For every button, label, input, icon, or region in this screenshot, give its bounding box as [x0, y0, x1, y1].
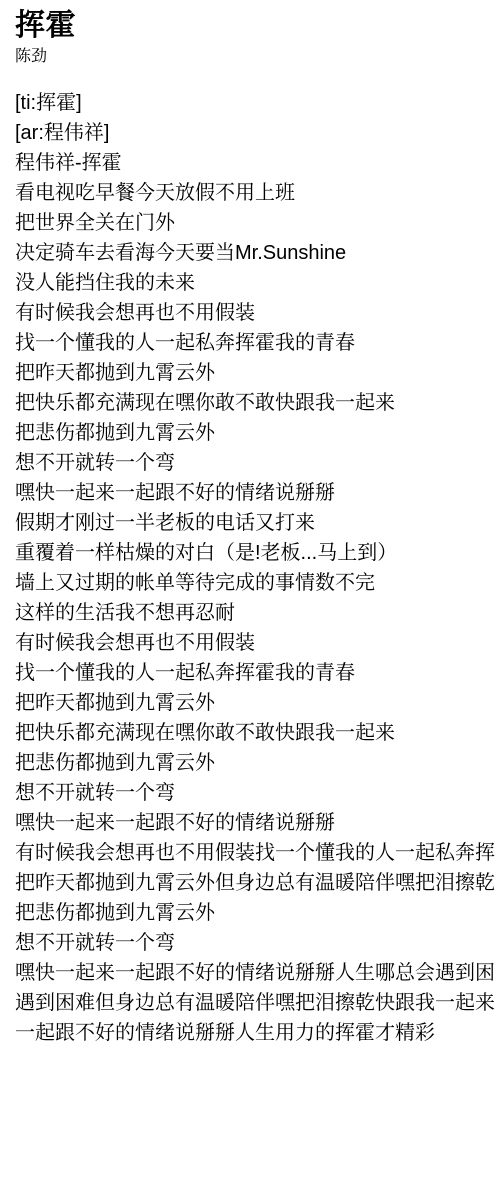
lyric-line: 找一个懂我的人一起私奔挥霍我的青春 [15, 328, 500, 358]
lyric-line: 把快乐都充满现在嘿你敢不敢快跟我一起来 [15, 388, 500, 418]
lyric-line: 把悲伤都抛到九霄云外 [15, 748, 500, 778]
lyric-line: 没人能挡住我的未来 [15, 268, 500, 298]
lyric-line: 墙上又过期的帐单等待完成的事情数不完 [15, 568, 500, 598]
song-artist: 陈劲 [15, 47, 500, 67]
lyric-line: 找一个懂我的人一起私奔挥霍我的青春 [15, 658, 500, 688]
lyric-line: 把昨天都抛到九霄云外 [15, 688, 500, 718]
lyric-line: 把悲伤都抛到九霄云外 [15, 418, 500, 448]
lyric-line: [ar:程伟祥] [15, 118, 500, 148]
lyrics-body: [ti:挥霍][ar:程伟祥]程伟祥-挥霍看电视吃早餐今天放假不用上班把世界全关… [15, 88, 500, 1048]
lyric-line: 嘿快一起来一起跟不好的情绪说掰掰 [15, 808, 500, 838]
lyric-line: 想不开就转一个弯 [15, 928, 500, 958]
lyric-line: 有时候我会想再也不用假装 [15, 298, 500, 328]
lyric-line: 把昨天都抛到九霄云外但身边总有温暖陪伴嘿把泪擦乾 [15, 868, 500, 898]
lyric-line: 把悲伤都抛到九霄云外 [15, 898, 500, 928]
lyric-line: 看电视吃早餐今天放假不用上班 [15, 178, 500, 208]
lyric-line: 决定骑车去看海今天要当Mr.Sunshine [15, 238, 500, 268]
lyric-line: 想不开就转一个弯 [15, 448, 500, 478]
lyric-line: 这样的生活我不想再忍耐 [15, 598, 500, 628]
song-title: 挥霍 [15, 8, 500, 44]
lyric-line: 把世界全关在门外 [15, 208, 500, 238]
lyric-line: 有时候我会想再也不用假装找一个懂我的人一起私奔挥 [15, 838, 500, 868]
lyric-line: 重覆着一样枯燥的对白（是!老板...马上到） [15, 538, 500, 568]
lyric-line: 想不开就转一个弯 [15, 778, 500, 808]
lyrics-page: 挥霍 陈劲 [ti:挥霍][ar:程伟祥]程伟祥-挥霍看电视吃早餐今天放假不用上… [0, 0, 500, 1180]
lyric-line: 把快乐都充满现在嘿你敢不敢快跟我一起来 [15, 718, 500, 748]
lyric-line: 遇到困难但身边总有温暖陪伴嘿把泪擦乾快跟我一起来 [15, 988, 500, 1018]
lyric-line: 假期才刚过一半老板的电话又打来 [15, 508, 500, 538]
lyric-line: 把昨天都抛到九霄云外 [15, 358, 500, 388]
lyric-line: 嘿快一起来一起跟不好的情绪说掰掰 [15, 478, 500, 508]
lyric-line: 嘿快一起来一起跟不好的情绪说掰掰人生哪总会遇到困 [15, 958, 500, 988]
lyric-line: 有时候我会想再也不用假装 [15, 628, 500, 658]
lyric-line: 程伟祥-挥霍 [15, 148, 500, 178]
lyric-line: 一起跟不好的情绪说掰掰人生用力的挥霍才精彩 [15, 1018, 500, 1048]
lyric-line: [ti:挥霍] [15, 88, 500, 118]
